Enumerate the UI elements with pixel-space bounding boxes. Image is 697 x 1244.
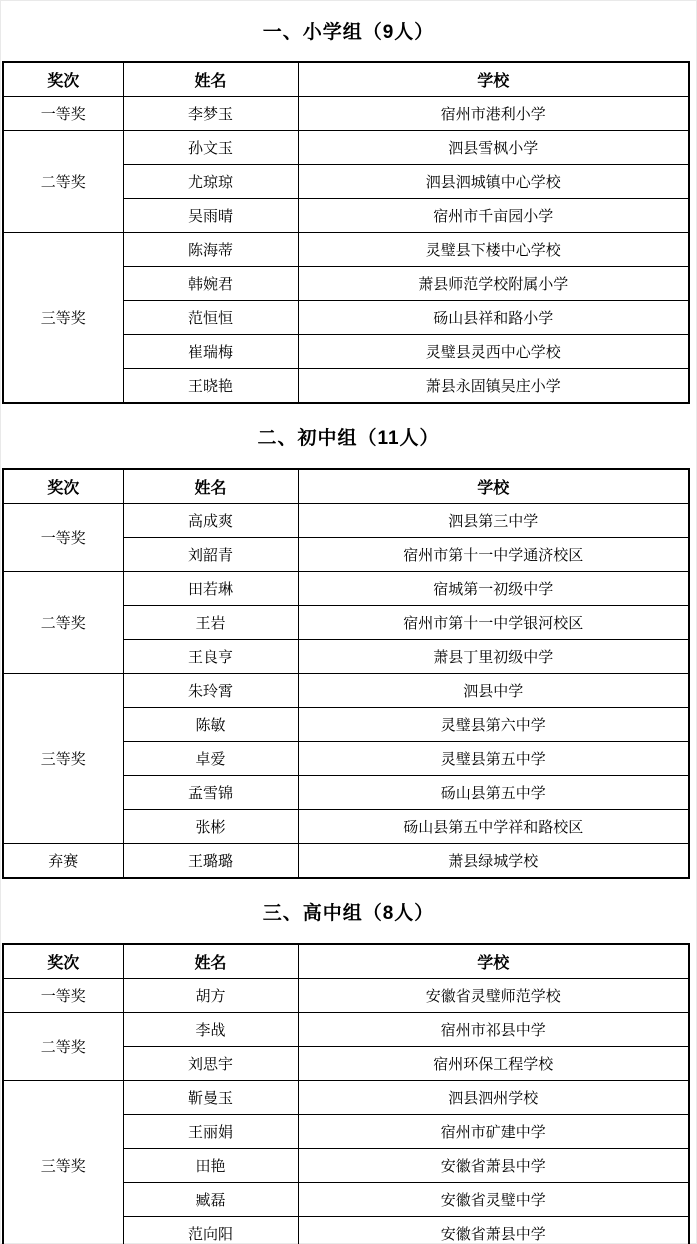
award-cell: 一等奖 [3,979,123,1013]
award-section: 一、小学组（9人） 奖次姓名学校 一等奖李梦玉宿州市港利小学二等奖孙文玉泗县雪枫… [0,0,697,404]
table-row: 二等奖孙文玉泗县雪枫小学 [3,131,689,165]
section-title: 一、小学组（9人） [0,0,697,61]
table-row: 一等奖高成爽泗县第三中学 [3,504,689,538]
name-cell: 张彬 [123,810,298,844]
school-cell: 宿城第一初级中学 [298,572,689,606]
award-table: 奖次姓名学校 一等奖李梦玉宿州市港利小学二等奖孙文玉泗县雪枫小学尤琼琼泗县泗城镇… [2,61,690,404]
column-header: 学校 [298,469,689,504]
name-cell: 王丽娟 [123,1115,298,1149]
school-cell: 灵璧县灵西中心学校 [298,335,689,369]
school-cell: 萧县绿城学校 [298,844,689,879]
school-cell: 泗县雪枫小学 [298,131,689,165]
name-cell: 高成爽 [123,504,298,538]
column-header: 奖次 [3,62,123,97]
award-table: 奖次姓名学校 一等奖高成爽泗县第三中学刘韶青宿州市第十一中学通济校区二等奖田若琳… [2,468,690,879]
school-cell: 安徽省灵璧中学 [298,1183,689,1217]
table-row: 二等奖田若琳宿城第一初级中学 [3,572,689,606]
table-body: 一等奖高成爽泗县第三中学刘韶青宿州市第十一中学通济校区二等奖田若琳宿城第一初级中… [3,504,689,879]
school-cell: 萧县师范学校附属小学 [298,267,689,301]
name-cell: 刘韶青 [123,538,298,572]
header-row: 奖次姓名学校 [3,62,689,97]
name-cell: 田若琳 [123,572,298,606]
name-cell: 李梦玉 [123,97,298,131]
school-cell: 砀山县第五中学 [298,776,689,810]
school-cell: 宿州市祁县中学 [298,1013,689,1047]
school-cell: 宿州市港利小学 [298,97,689,131]
school-cell: 宿州市第十一中学通济校区 [298,538,689,572]
school-cell: 安徽省萧县中学 [298,1217,689,1244]
school-cell: 泗县泗城镇中心学校 [298,165,689,199]
name-cell: 李战 [123,1013,298,1047]
table-row: 二等奖李战宿州市祁县中学 [3,1013,689,1047]
award-table: 奖次姓名学校 一等奖胡方安徽省灵璧师范学校二等奖李战宿州市祁县中学刘思宇宿州环保… [2,943,690,1244]
column-header: 奖次 [3,944,123,979]
header-row: 奖次姓名学校 [3,944,689,979]
column-header: 姓名 [123,944,298,979]
column-header: 姓名 [123,469,298,504]
school-cell: 泗县中学 [298,674,689,708]
school-cell: 泗县泗州学校 [298,1081,689,1115]
name-cell: 韩婉君 [123,267,298,301]
name-cell: 臧磊 [123,1183,298,1217]
name-cell: 范向阳 [123,1217,298,1244]
award-cell: 三等奖 [3,674,123,844]
award-cell: 一等奖 [3,504,123,572]
school-cell: 灵璧县第五中学 [298,742,689,776]
column-header: 学校 [298,944,689,979]
school-cell: 宿州市第十一中学银河校区 [298,606,689,640]
table-row: 一等奖李梦玉宿州市港利小学 [3,97,689,131]
column-header: 学校 [298,62,689,97]
table-row: 三等奖朱玲霄泗县中学 [3,674,689,708]
school-cell: 灵璧县第六中学 [298,708,689,742]
name-cell: 崔瑞梅 [123,335,298,369]
award-cell: 三等奖 [3,1081,123,1244]
school-cell: 安徽省萧县中学 [298,1149,689,1183]
table-row: 一等奖胡方安徽省灵璧师范学校 [3,979,689,1013]
school-cell: 宿州环保工程学校 [298,1047,689,1081]
name-cell: 孟雪锦 [123,776,298,810]
table-body: 一等奖胡方安徽省灵璧师范学校二等奖李战宿州市祁县中学刘思宇宿州环保工程学校三等奖… [3,979,689,1244]
school-cell: 萧县丁里初级中学 [298,640,689,674]
school-cell: 安徽省灵璧师范学校 [298,979,689,1013]
table-row: 三等奖靳曼玉泗县泗州学校 [3,1081,689,1115]
name-cell: 王璐璐 [123,844,298,879]
school-cell: 宿州市千亩园小学 [298,199,689,233]
name-cell: 尤琼琼 [123,165,298,199]
name-cell: 田艳 [123,1149,298,1183]
award-cell: 二等奖 [3,572,123,674]
name-cell: 范恒恒 [123,301,298,335]
school-cell: 宿州市矿建中学 [298,1115,689,1149]
name-cell: 刘思宇 [123,1047,298,1081]
name-cell: 吴雨晴 [123,199,298,233]
school-cell: 萧县永固镇吴庄小学 [298,369,689,404]
name-cell: 王岩 [123,606,298,640]
school-cell: 泗县第三中学 [298,504,689,538]
school-cell: 砀山县第五中学祥和路校区 [298,810,689,844]
award-cell: 二等奖 [3,1013,123,1081]
name-cell: 孙文玉 [123,131,298,165]
header-row: 奖次姓名学校 [3,469,689,504]
section-title: 三、高中组（8人） [0,879,697,943]
table-row: 弃赛王璐璐萧县绿城学校 [3,844,689,879]
column-header: 奖次 [3,469,123,504]
award-section: 二、初中组（11人） 奖次姓名学校 一等奖高成爽泗县第三中学刘韶青宿州市第十一中… [0,404,697,879]
school-cell: 砀山县祥和路小学 [298,301,689,335]
table-body: 一等奖李梦玉宿州市港利小学二等奖孙文玉泗县雪枫小学尤琼琼泗县泗城镇中心学校吴雨晴… [3,97,689,404]
award-cell: 弃赛 [3,844,123,879]
name-cell: 王晓艳 [123,369,298,404]
name-cell: 卓爱 [123,742,298,776]
award-cell: 二等奖 [3,131,123,233]
name-cell: 王良亨 [123,640,298,674]
school-cell: 灵璧县下楼中心学校 [298,233,689,267]
name-cell: 朱玲霄 [123,674,298,708]
name-cell: 靳曼玉 [123,1081,298,1115]
award-cell: 三等奖 [3,233,123,404]
column-header: 姓名 [123,62,298,97]
award-section: 三、高中组（8人） 奖次姓名学校 一等奖胡方安徽省灵璧师范学校二等奖李战宿州市祁… [0,879,697,1244]
award-cell: 一等奖 [3,97,123,131]
name-cell: 陈海蒂 [123,233,298,267]
table-row: 三等奖陈海蒂灵璧县下楼中心学校 [3,233,689,267]
section-title: 二、初中组（11人） [0,404,697,468]
name-cell: 陈敏 [123,708,298,742]
name-cell: 胡方 [123,979,298,1013]
page: 一、小学组（9人） 奖次姓名学校 一等奖李梦玉宿州市港利小学二等奖孙文玉泗县雪枫… [0,0,697,1244]
